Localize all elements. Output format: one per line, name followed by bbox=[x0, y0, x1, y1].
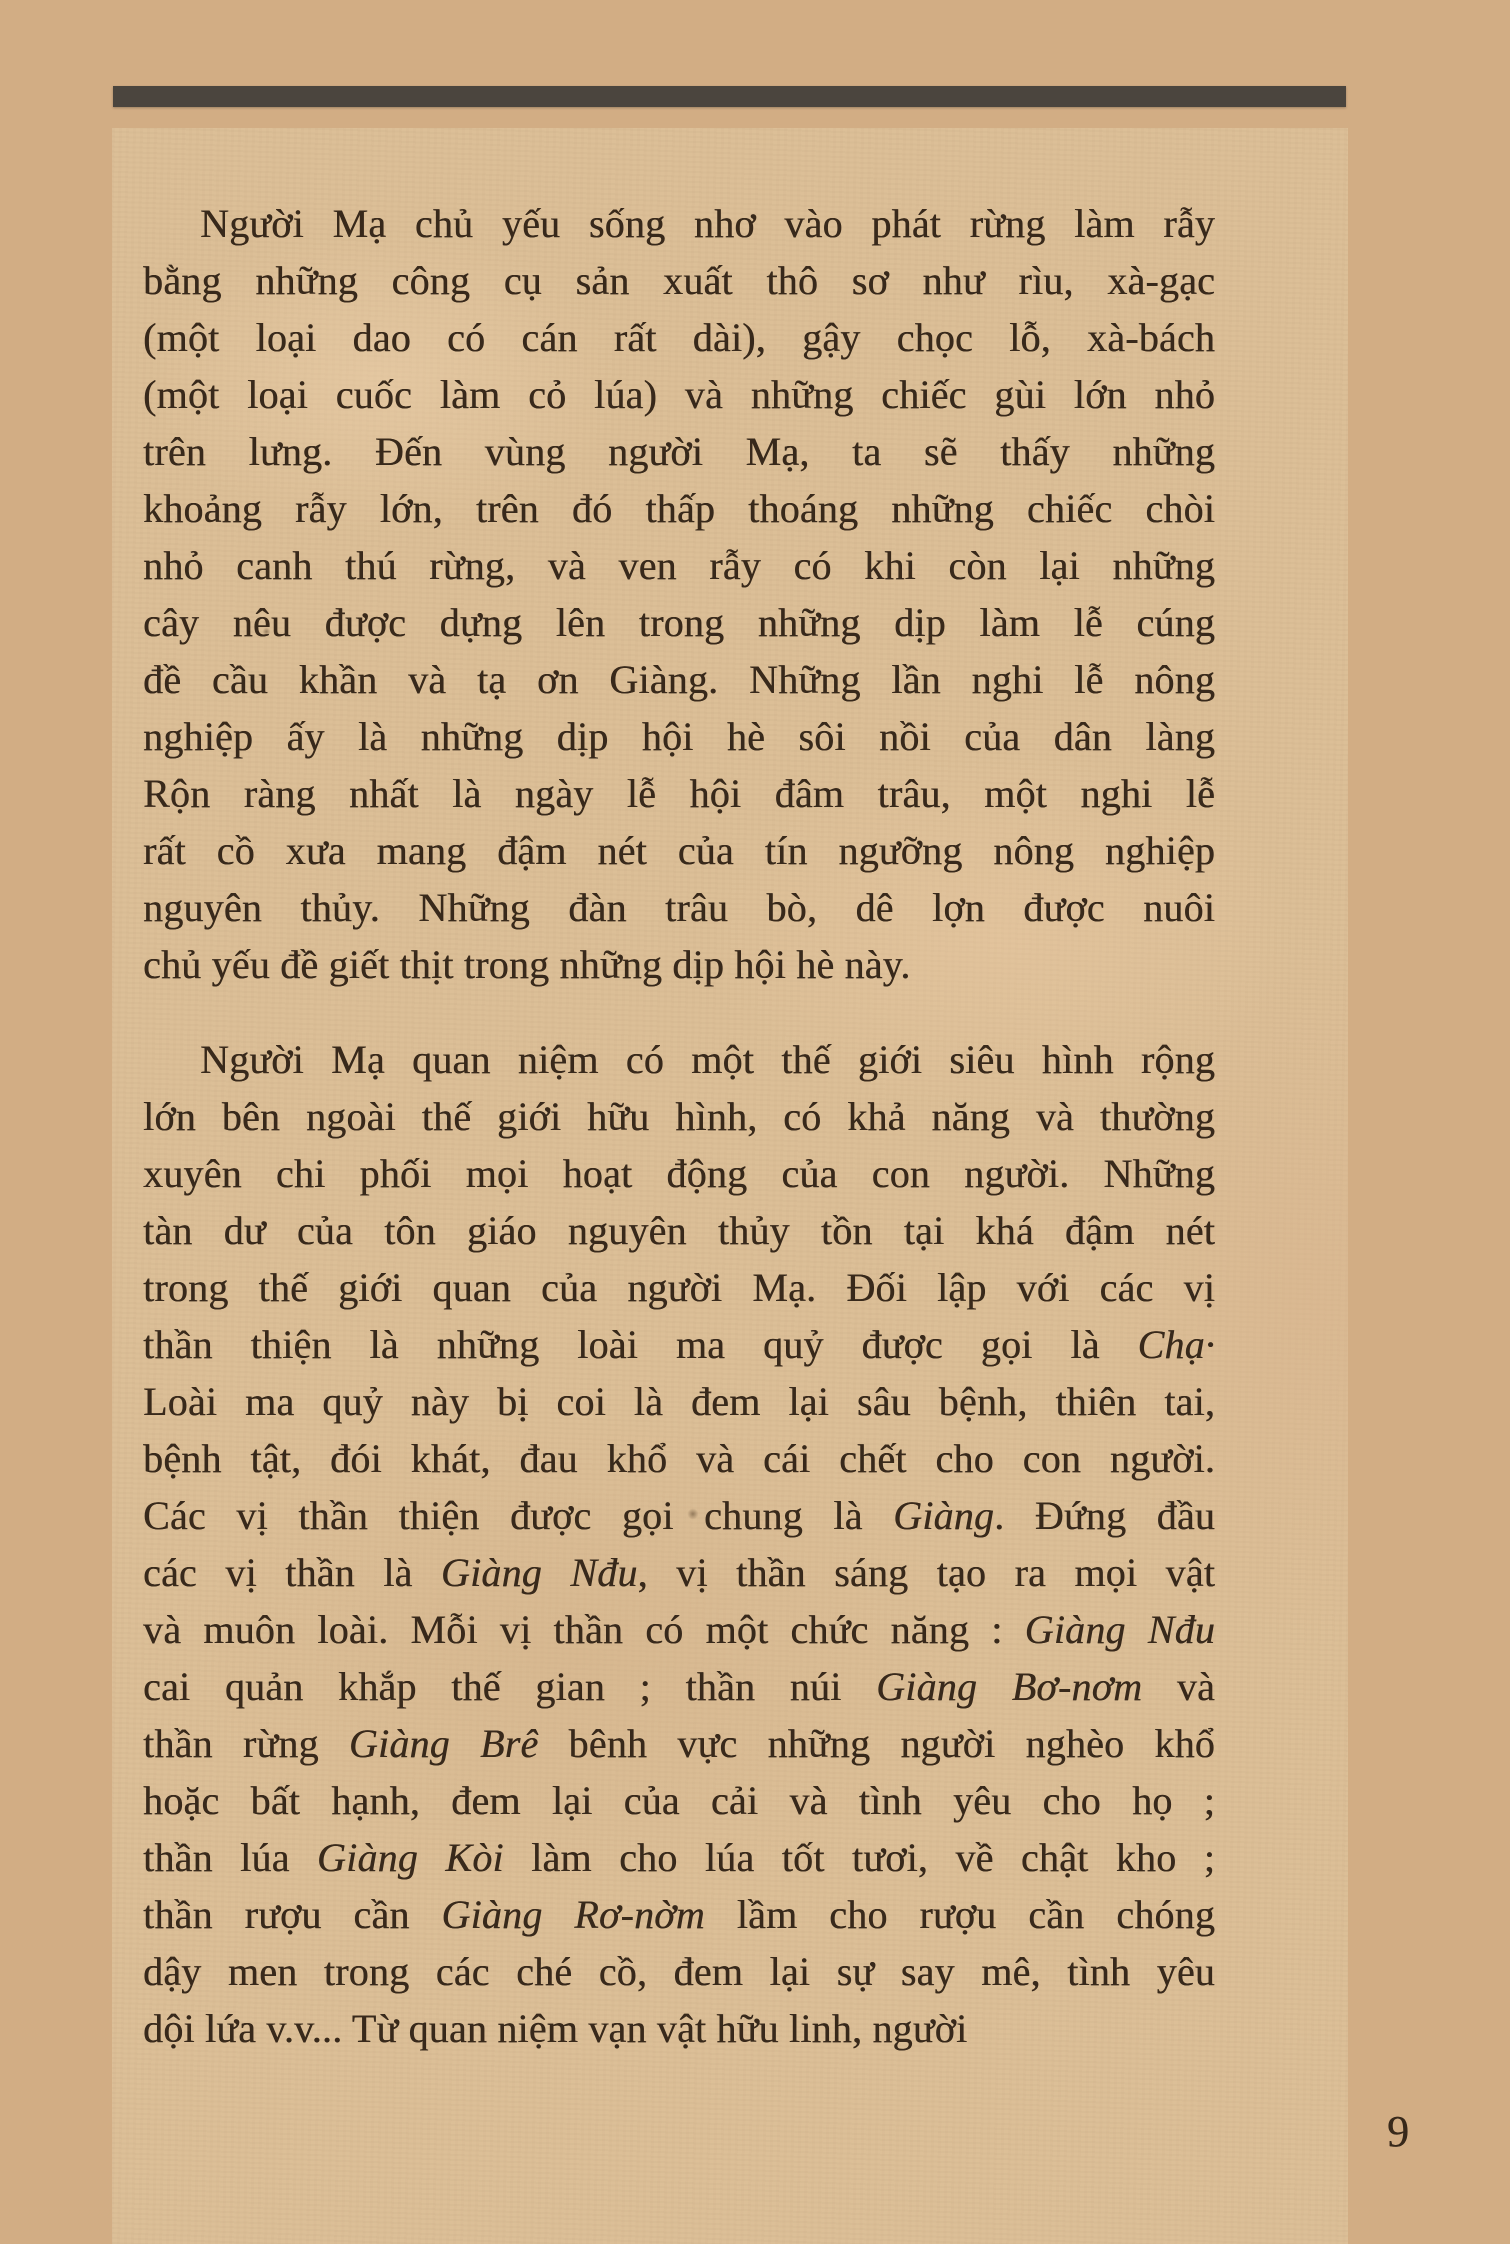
text-line: dội lứa v.v... Từ quan niệm vạn vật hữu … bbox=[143, 2000, 1215, 2057]
text-segment: và muôn loài. Mỗi vị thần có một chức nă… bbox=[143, 1607, 1025, 1652]
text-segment: lớn bên ngoài thế giới hữu hình, có khả … bbox=[143, 1094, 1215, 1139]
text-segment: cây nêu được dựng lên trong những dịp là… bbox=[143, 600, 1215, 645]
paragraph: Người Mạ chủ yếu sống nhơ vào phát rừng … bbox=[143, 195, 1215, 993]
text-segment: thần rừng bbox=[143, 1721, 349, 1766]
text-line: Các vị thần thiện được gọi chung là Giàn… bbox=[143, 1487, 1215, 1544]
italic-term: Giàng Kòi bbox=[317, 1835, 504, 1880]
text-line: Người Mạ chủ yếu sống nhơ vào phát rừng … bbox=[143, 195, 1215, 252]
text-segment: làm cho lúa tốt tươi, về chật kho ; bbox=[504, 1835, 1215, 1880]
text-segment: cai quản khắp thế gian ; thần núi bbox=[143, 1664, 876, 1709]
text-segment: thần lúa bbox=[143, 1835, 317, 1880]
italic-term: Giàng Nđu bbox=[441, 1550, 638, 1595]
text-segment: Người Mạ chủ yếu sống nhơ vào phát rừng … bbox=[200, 201, 1215, 246]
book-page: Người Mạ chủ yếu sống nhơ vào phát rừng … bbox=[112, 128, 1348, 2244]
text-line: trong thế giới quan của người Mạ. Đối lậ… bbox=[143, 1259, 1215, 1316]
text-line: cây nêu được dựng lên trong những dịp là… bbox=[143, 594, 1215, 651]
page-text: Người Mạ chủ yếu sống nhơ vào phát rừng … bbox=[143, 195, 1215, 2057]
text-segment: (một loại dao có cán rất dài), gậy chọc … bbox=[143, 315, 1215, 360]
text-segment: nguyên thủy. Những đàn trâu bò, dê lợn đ… bbox=[143, 885, 1215, 930]
text-line: rất cồ xưa mang đậm nét của tín ngưỡng n… bbox=[143, 822, 1215, 879]
italic-term: Giàng Rơ-nờm bbox=[441, 1892, 704, 1937]
text-segment: thần thiện là những loài ma quỷ được gọi… bbox=[143, 1322, 1138, 1367]
text-line: nghiệp ấy là những dịp hội hè sôi nồi củ… bbox=[143, 708, 1215, 765]
text-segment: bằng những công cụ sản xuất thô sơ như r… bbox=[143, 258, 1215, 303]
text-segment: rất cồ xưa mang đậm nét của tín ngưỡng n… bbox=[143, 828, 1215, 873]
text-segment: trong thế giới quan của người Mạ. Đối lậ… bbox=[143, 1265, 1215, 1310]
text-segment: bênh vực những người nghèo khổ bbox=[538, 1721, 1215, 1766]
text-segment: (một loại cuốc làm cỏ lúa) và những chiế… bbox=[143, 372, 1215, 417]
text-line: hoặc bất hạnh, đem lại của cải và tình y… bbox=[143, 1772, 1215, 1829]
text-line: nhỏ canh thú rừng, và ven rẫy có khi còn… bbox=[143, 537, 1215, 594]
text-segment: nhỏ canh thú rừng, và ven rẫy có khi còn… bbox=[143, 543, 1215, 588]
italic-term: Giàng bbox=[893, 1493, 994, 1538]
text-line: Rộn ràng nhất là ngày lễ hội đâm trâu, m… bbox=[143, 765, 1215, 822]
paragraph: Người Mạ quan niệm có một thế giới siêu … bbox=[143, 1031, 1215, 2057]
text-segment: hoặc bất hạnh, đem lại của cải và tình y… bbox=[143, 1778, 1215, 1823]
text-line: lớn bên ngoài thế giới hữu hình, có khả … bbox=[143, 1088, 1215, 1145]
text-segment: Các vị thần thiện được gọi chung là bbox=[143, 1493, 893, 1538]
italic-term: Giàng Brê bbox=[349, 1721, 539, 1766]
italic-term: Giàng Nđu bbox=[1025, 1607, 1215, 1652]
text-segment: Loài ma quỷ này bị coi là đem lại sâu bệ… bbox=[143, 1379, 1215, 1424]
text-line: thần rừng Giàng Brê bênh vực những người… bbox=[143, 1715, 1215, 1772]
text-segment: xuyên chi phối mọi hoạt động của con ngư… bbox=[143, 1151, 1215, 1196]
text-line: (một loại dao có cán rất dài), gậy chọc … bbox=[143, 309, 1215, 366]
text-line: bệnh tật, đói khát, đau khổ và cái chết … bbox=[143, 1430, 1215, 1487]
text-line: dậy men trong các ché cồ, đem lại sự say… bbox=[143, 1943, 1215, 2000]
text-line: và muôn loài. Mỗi vị thần có một chức nă… bbox=[143, 1601, 1215, 1658]
text-line: thần thiện là những loài ma quỷ được gọi… bbox=[143, 1316, 1215, 1373]
text-line: thần rượu cần Giàng Rơ-nờm lầm cho rượu … bbox=[143, 1886, 1215, 1943]
text-line: bằng những công cụ sản xuất thô sơ như r… bbox=[143, 252, 1215, 309]
italic-term: Giàng Bơ-nơm bbox=[876, 1664, 1142, 1709]
text-line: xuyên chi phối mọi hoạt động của con ngư… bbox=[143, 1145, 1215, 1202]
text-segment: lầm cho rượu cần chóng bbox=[705, 1892, 1215, 1937]
page-number: 9 bbox=[1368, 2103, 1428, 2160]
text-segment: các vị thần là bbox=[143, 1550, 441, 1595]
text-segment: tàn dư của tôn giáo nguyên thủy tồn tại … bbox=[143, 1208, 1215, 1253]
text-line: các vị thần là Giàng Nđu, vị thần sáng t… bbox=[143, 1544, 1215, 1601]
text-line: đề cầu khần và tạ ơn Giàng. Những lần ng… bbox=[143, 651, 1215, 708]
text-line: chủ yếu đề giết thịt trong những dịp hội… bbox=[143, 936, 1215, 993]
text-line: nguyên thủy. Những đàn trâu bò, dê lợn đ… bbox=[143, 879, 1215, 936]
text-segment: dội lứa v.v... Từ quan niệm vạn vật hữu … bbox=[143, 2006, 967, 2051]
text-segment: bệnh tật, đói khát, đau khổ và cái chết … bbox=[143, 1436, 1215, 1481]
text-segment: chủ yếu đề giết thịt trong những dịp hội… bbox=[143, 942, 910, 987]
text-line: thần lúa Giàng Kòi làm cho lúa tốt tươi,… bbox=[143, 1829, 1215, 1886]
text-line: khoảng rẫy lớn, trên đó thấp thoáng nhữn… bbox=[143, 480, 1215, 537]
text-line: cai quản khắp thế gian ; thần núi Giàng … bbox=[143, 1658, 1215, 1715]
text-line: tàn dư của tôn giáo nguyên thủy tồn tại … bbox=[143, 1202, 1215, 1259]
text-segment: nghiệp ấy là những dịp hội hè sôi nồi củ… bbox=[143, 714, 1215, 759]
text-segment: trên lưng. Đến vùng người Mạ, ta sẽ thấy… bbox=[143, 429, 1215, 474]
italic-term: Chạ· bbox=[1138, 1322, 1215, 1367]
text-line: Người Mạ quan niệm có một thế giới siêu … bbox=[143, 1031, 1215, 1088]
text-segment: . Đứng đầu bbox=[994, 1493, 1215, 1538]
scan-edge-band bbox=[113, 86, 1346, 107]
text-line: trên lưng. Đến vùng người Mạ, ta sẽ thấy… bbox=[143, 423, 1215, 480]
text-segment: dậy men trong các ché cồ, đem lại sự say… bbox=[143, 1949, 1215, 1994]
text-segment: Rộn ràng nhất là ngày lễ hội đâm trâu, m… bbox=[143, 771, 1215, 816]
text-line: (một loại cuốc làm cỏ lúa) và những chiế… bbox=[143, 366, 1215, 423]
text-segment: và bbox=[1142, 1664, 1215, 1709]
text-segment: khoảng rẫy lớn, trên đó thấp thoáng nhữn… bbox=[143, 486, 1215, 531]
text-segment: thần rượu cần bbox=[143, 1892, 441, 1937]
text-segment: đề cầu khần và tạ ơn Giàng. Những lần ng… bbox=[143, 657, 1215, 702]
text-line: Loài ma quỷ này bị coi là đem lại sâu bệ… bbox=[143, 1373, 1215, 1430]
text-segment: Người Mạ quan niệm có một thế giới siêu … bbox=[200, 1037, 1215, 1082]
text-segment: , vị thần sáng tạo ra mọi vật bbox=[638, 1550, 1215, 1595]
